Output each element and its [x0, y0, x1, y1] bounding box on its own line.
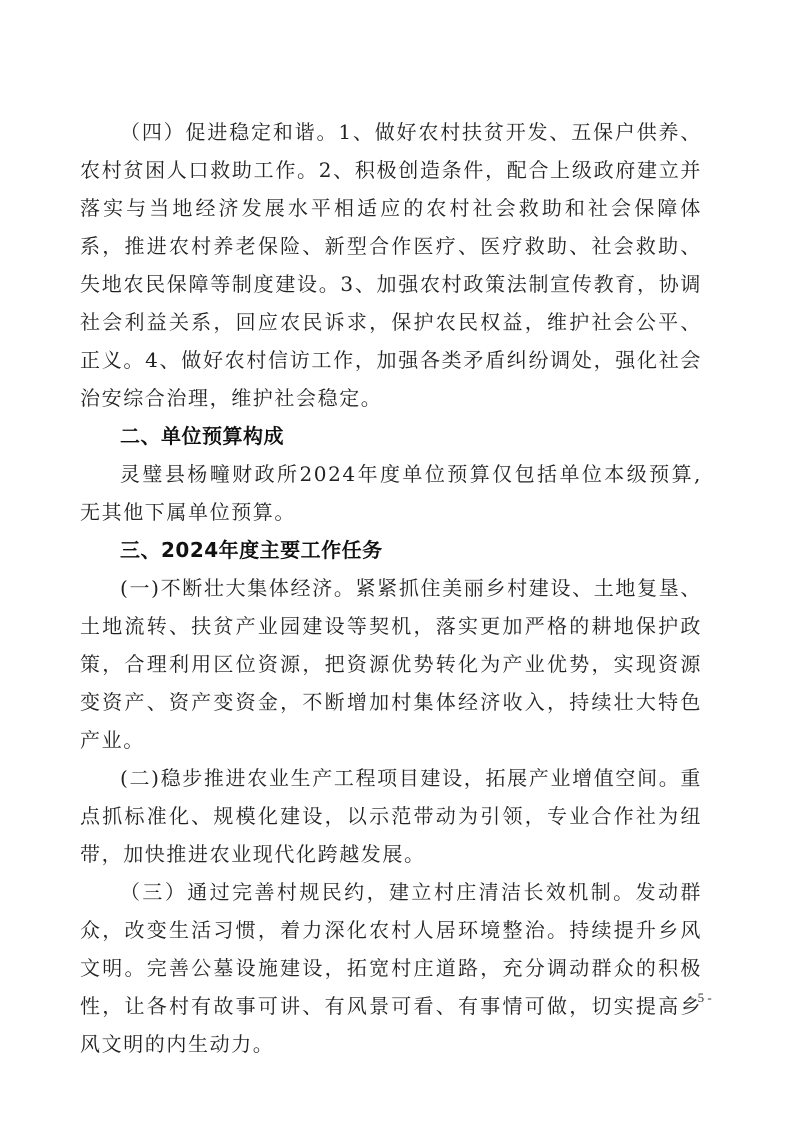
- paragraph-promote-stability: （四）促进稳定和谐。1、做好农村扶贫开发、五保户供养、农村贫困人口救助工作。2、…: [80, 113, 702, 417]
- paragraph-task-village-rules: （三）通过完善村规民约，建立村庄清洁长效机制。发动群众，改变生活习惯，着力深化农…: [80, 873, 702, 1063]
- heading-main-tasks: 三、2024年度主要工作任务: [80, 531, 702, 569]
- page-number: - 5 -: [690, 990, 712, 1006]
- heading-budget-composition: 二、单位预算构成: [80, 417, 702, 455]
- paragraph-task-collective-economy: (一)不断壮大集体经济。紧紧抓住美丽乡村建设、土地复垦、土地流转、扶贫产业园建设…: [80, 569, 702, 759]
- paragraph-budget-composition: 灵璧县杨疃财政所2024年度单位预算仅包括单位本级预算,无其他下属单位预算。: [80, 455, 702, 531]
- paragraph-task-agriculture-projects: (二)稳步推进农业生产工程项目建设，拓展产业增值空间。重点抓标准化、规模化建设，…: [80, 759, 702, 873]
- document-body: （四）促进稳定和谐。1、做好农村扶贫开发、五保户供养、农村贫困人口救助工作。2、…: [80, 113, 702, 1063]
